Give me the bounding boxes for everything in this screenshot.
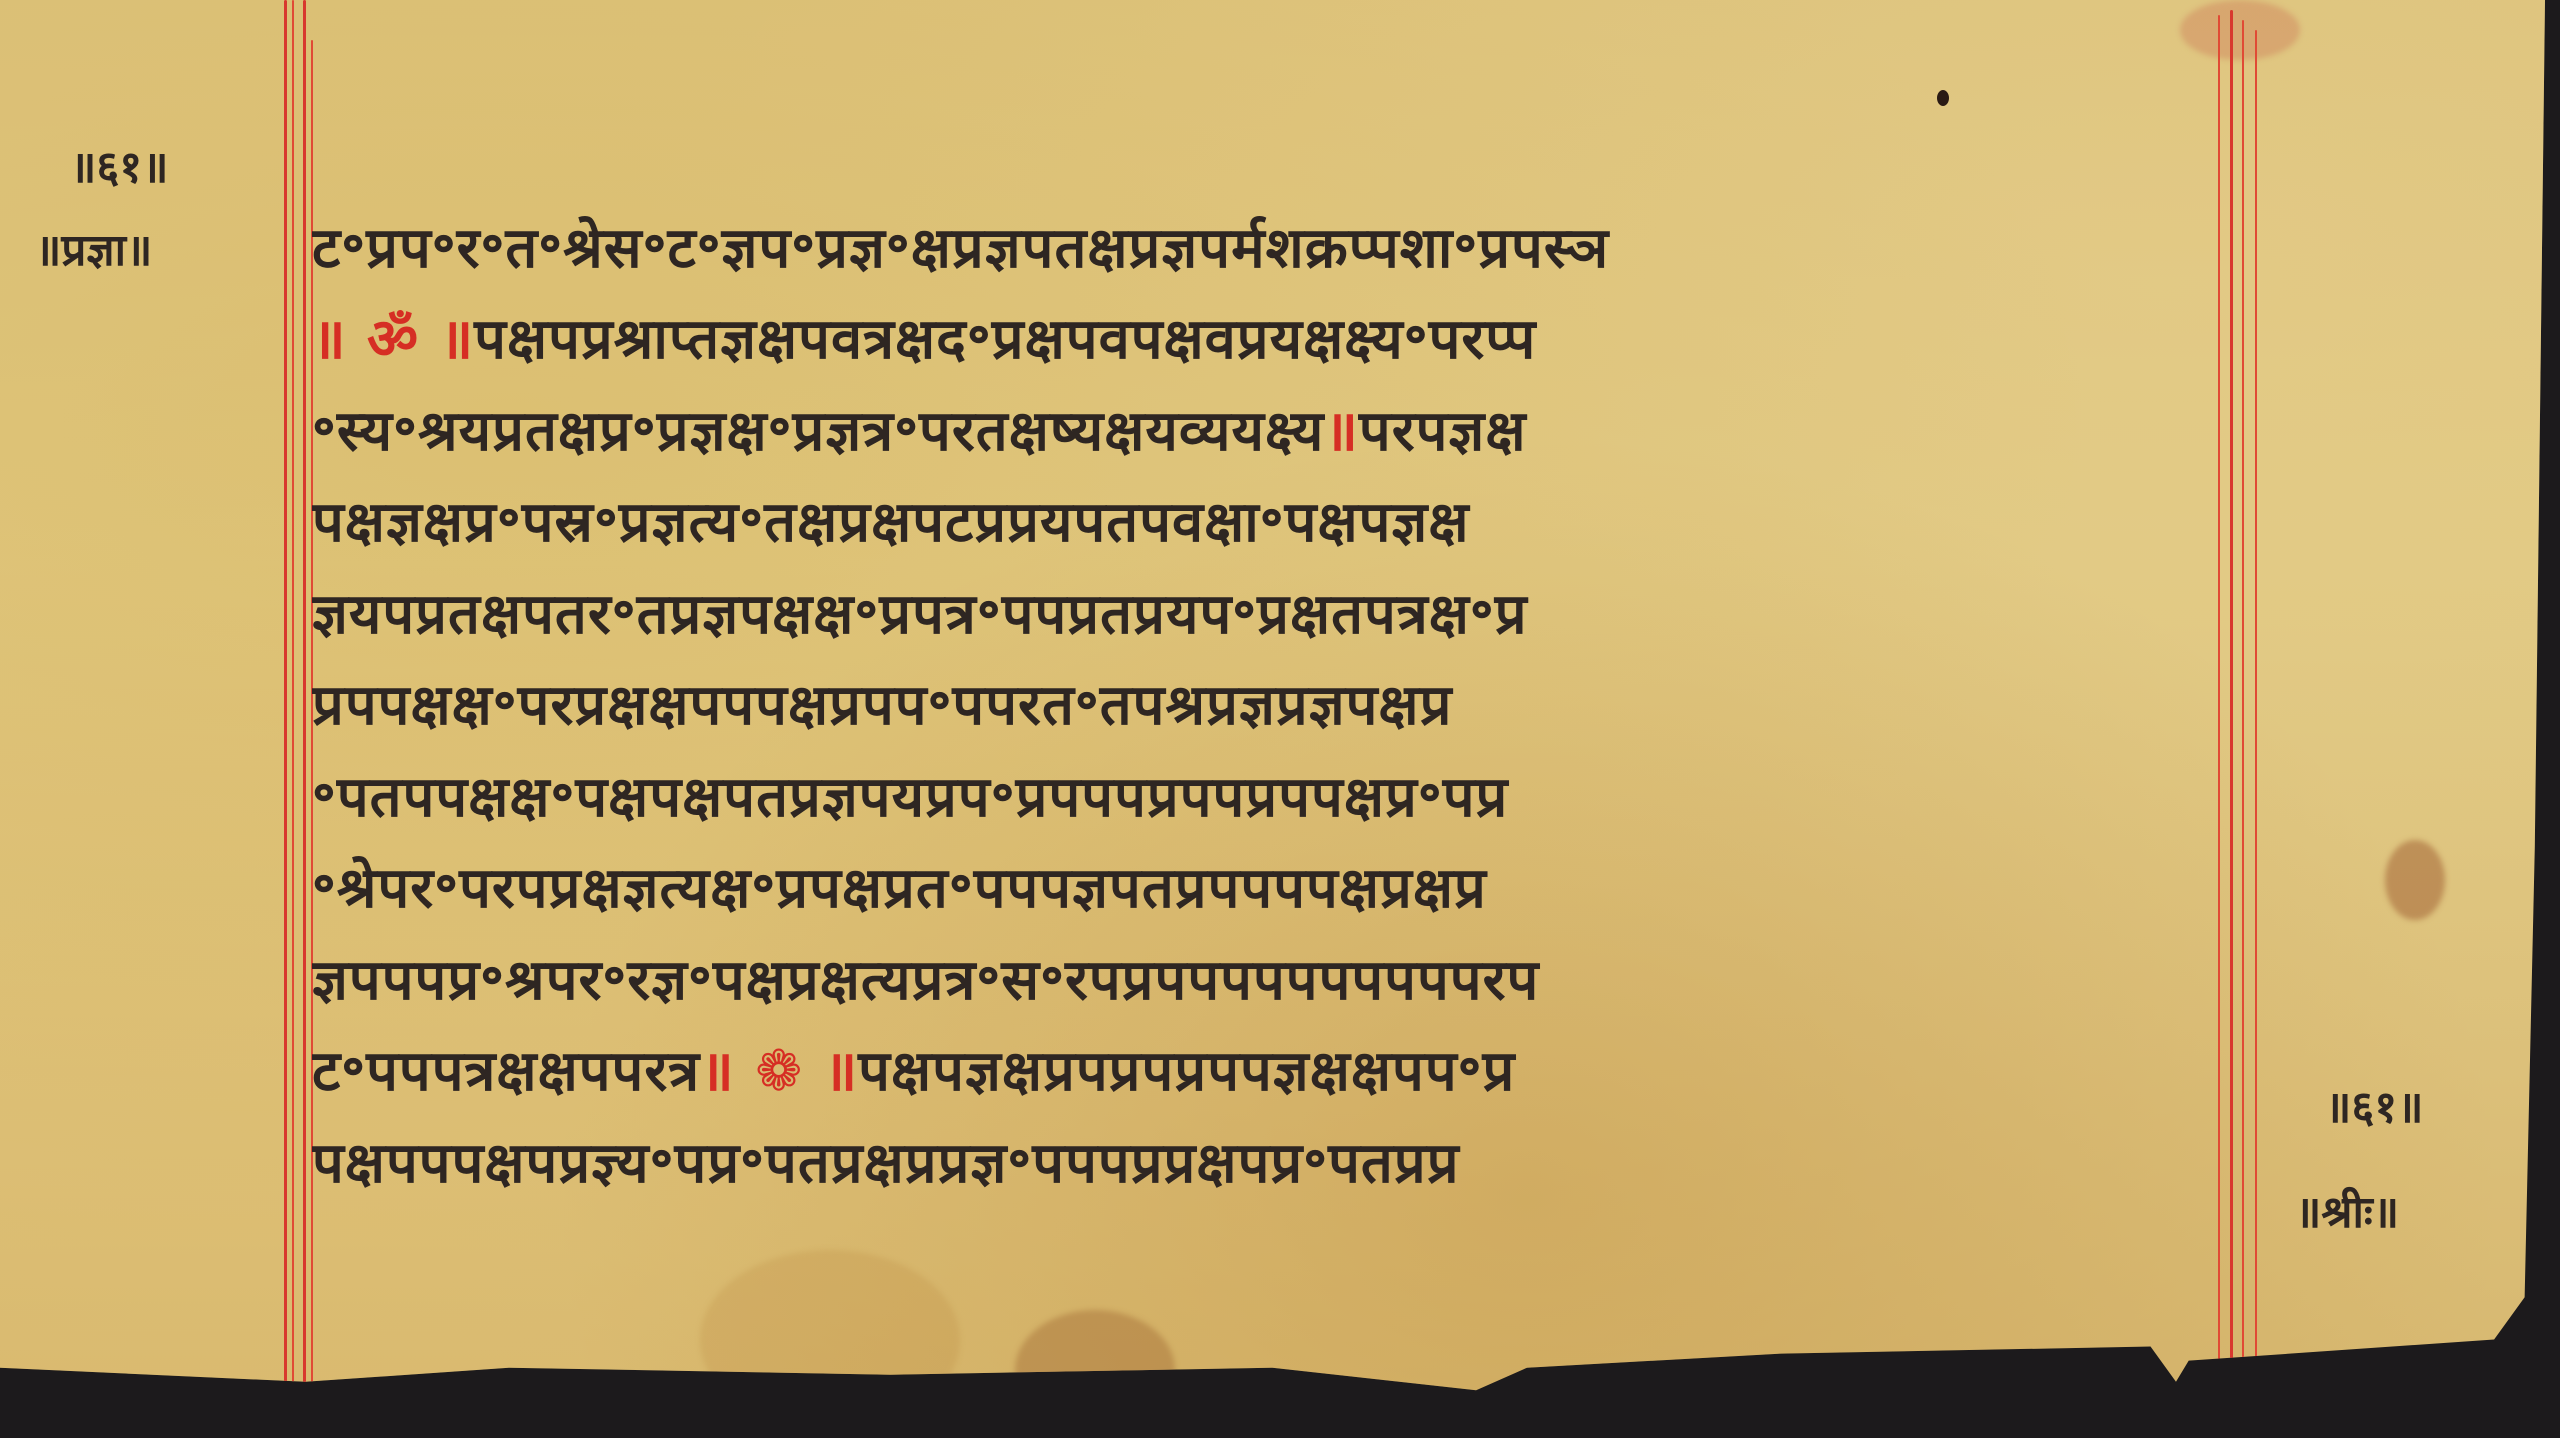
right-ruling-line (2255, 30, 2257, 1405)
text-segment: ज्ञपपपप्र॰श्रपर॰रज्ञ॰पक्षप्रक्षत्यप्रत्र… (312, 940, 1539, 1016)
stain (700, 1250, 960, 1430)
manuscript-line: पक्षज्ञक्षप्र॰पस्र॰प्रज्ञत्य॰तक्षप्रक्षप… (312, 475, 2242, 567)
text-segment: ॰श्रेपर॰परपप्रक्षज्ञत्यक्ष॰प्रपक्षप्रत॰प… (312, 848, 1487, 924)
manuscript-line: ॰पतपपक्षक्ष॰पक्षपक्षपतप्रज्ञपयप्रप॰प्रपप… (312, 749, 2242, 841)
text-segment: पक्षपपपक्षपप्रज्ञ्य॰पप्र॰पतप्रक्षप्रप्रज… (312, 1123, 1460, 1199)
manuscript-line: प्रपपक्षक्ष॰परप्रक्षक्षपपपक्षप्रपप॰पपरत॰… (312, 658, 2242, 750)
text-segment: प्रपपक्षक्ष॰परप्रक्षक्षपपपक्षप्रपप॰पपरत॰… (312, 665, 1452, 741)
manuscript-text-block: ट॰प्रप॰र॰त॰श्रेस॰ट॰ज्ञप॰प्रज्ञ॰क्षप्रज्ञ… (312, 200, 2242, 1207)
left-folio-number: ॥६१॥ (70, 135, 168, 195)
text-segment: ॰पतपपक्षक्ष॰पक्षपक्षपतप्रज्ञपयप्रप॰प्रपप… (312, 757, 1508, 833)
manuscript-line: ट॰प्रप॰र॰त॰श्रेस॰ट॰ज्ञप॰प्रज्ञ॰क्षप्रज्ञ… (312, 200, 2242, 292)
manuscript-line: ट॰पपपत्रक्षक्षपपरत्र॥ ❁ ॥पक्षपज्ञक्षप्रप… (312, 1024, 2242, 1116)
left-ruling-line (303, 0, 306, 1405)
hole (1937, 90, 1949, 106)
right-margin-label: ॥श्रीः॥ (2295, 1180, 2399, 1240)
right-ruling-line (2242, 20, 2244, 1405)
rubric-segment: ॥ (1324, 391, 1359, 467)
text-segment: ज्ञयपप्रतक्षपतर॰तप्रज्ञपक्षक्ष॰प्रपत्र॰प… (312, 574, 1528, 650)
text-segment: पक्षज्ञक्षप्र॰पस्र॰प्रज्ञत्य॰तक्षप्रक्षप… (312, 482, 1469, 558)
text-segment: परपज्ञक्ष (1359, 391, 1527, 467)
left-ruling-line (284, 0, 287, 1405)
manuscript-line: ॰स्य॰श्रयप्रतक्षप्र॰प्रज्ञक्ष॰प्रज्ञत्र॰… (312, 383, 2242, 475)
manuscript-line: पक्षपपपक्षपप्रज्ञ्य॰पप्र॰पतप्रक्षप्रप्रज… (312, 1115, 2242, 1207)
rubric-segment: ॥ ❁ ॥ (700, 1031, 858, 1107)
text-segment: ॰स्य॰श्रयप्रतक्षप्र॰प्रज्ञक्ष॰प्रज्ञत्र॰… (312, 391, 1324, 467)
text-segment: पक्षपप्रश्राप्तज्ञक्षपवत्रक्षद॰प्रक्षपवप… (474, 299, 1536, 375)
rubric-segment: ॥ ॐ ॥ (312, 299, 474, 375)
text-segment: ट॰पपपत्रक्षक्षपपरत्र (312, 1031, 700, 1107)
text-segment: ट॰प्रप॰र॰त॰श्रेस॰ट॰ज्ञप॰प्रज्ञ॰क्षप्रज्ञ… (312, 208, 1609, 284)
manuscript-line: ॥ ॐ ॥पक्षपप्रश्राप्तज्ञक्षपवत्रक्षद॰प्रक… (312, 292, 2242, 384)
left-ruling-line (292, 0, 294, 1405)
stain (2180, 0, 2300, 60)
text-segment: पक्षपज्ञक्षप्रपप्रपप्रपपज्ञक्षक्षपप॰प्र (858, 1031, 1515, 1107)
stain (2385, 840, 2445, 920)
right-folio-number: ॥६१॥ (2325, 1075, 2423, 1135)
left-margin-label: ॥प्रज्ञा॥ (35, 218, 152, 278)
manuscript-leaf: ॥६१॥ ॥प्रज्ञा॥ ॥६१॥ ॥श्रीः॥ ट॰प्रप॰र॰त॰श… (0, 0, 2545, 1410)
manuscript-line: ज्ञपपपप्र॰श्रपर॰रज्ञ॰पक्षप्रक्षत्यप्रत्र… (312, 932, 2242, 1024)
stain (1015, 1310, 1175, 1430)
manuscript-line: ॰श्रेपर॰परपप्रक्षज्ञत्यक्ष॰प्रपक्षप्रत॰प… (312, 841, 2242, 933)
manuscript-line: ज्ञयपप्रतक्षपतर॰तप्रज्ञपक्षक्ष॰प्रपत्र॰प… (312, 566, 2242, 658)
